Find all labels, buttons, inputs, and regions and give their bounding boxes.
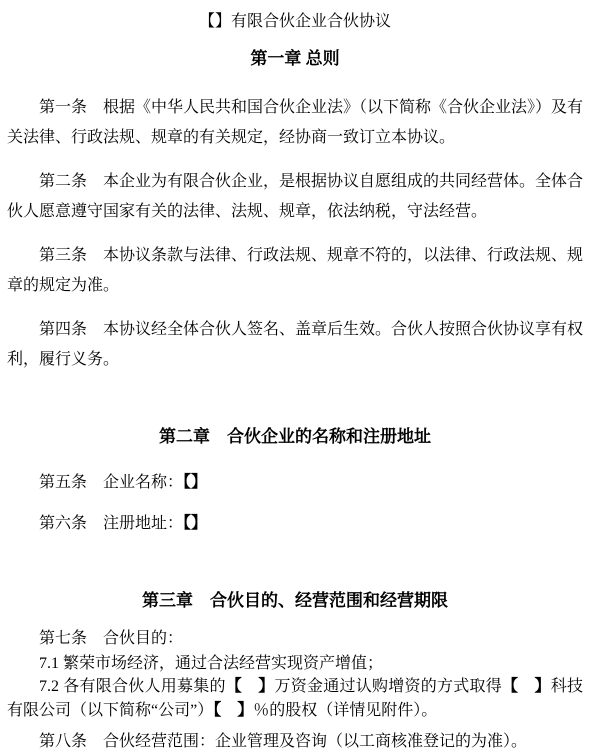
- item-7-2-paragraph: 7.2 各有限合伙人用募集的【 】万资金通过认购增资的方式取得【 】科技有限公司…: [7, 675, 583, 723]
- item-7-2-blank-amount: 【 】: [226, 678, 275, 695]
- article-6-label: 第六条 注册地址：: [39, 515, 183, 532]
- article-4-paragraph: 第四条 本协议经全体合伙人签名、盖章后生效。合伙人按照合伙协议享有权利，履行义务…: [7, 315, 583, 375]
- article-6-blank-placeholder: 【】: [183, 515, 207, 532]
- article-6-paragraph: 第六条 注册地址：【】: [7, 509, 583, 539]
- article-5-label: 第五条 企业名称：: [39, 474, 183, 491]
- document-page: 【】有限合伙企业合伙协议 第一章 总则 第一条 根据《中华人民共和国合伙企业法》…: [0, 0, 589, 755]
- chapter-1-heading: 第一章 总则: [7, 47, 583, 71]
- item-7-2-text-1: 7.2 各有限合伙人用募集的: [39, 678, 226, 695]
- article-1-paragraph: 第一条 根据《中华人民共和国合伙企业法》（以下简称《合伙企业法》）及有关法律、行…: [7, 93, 583, 153]
- item-7-2-text-4: ％的股权（详情见附件）。: [253, 702, 437, 719]
- article-2-paragraph: 第二条 本企业为有限合伙企业，是根据协议自愿组成的共同经营体。全体合伙人愿意遵守…: [7, 167, 583, 227]
- item-7-2-blank-percent: 【 】: [213, 702, 253, 719]
- article-5-blank-placeholder: 【】: [183, 474, 207, 491]
- chapter-2-heading: 第二章 合伙企业的名称和注册地址: [7, 425, 583, 449]
- document-title: 【】有限合伙企业合伙协议: [7, 12, 583, 32]
- item-7-2-blank-company: 【 】: [502, 678, 551, 695]
- article-7-intro-paragraph: 第七条 合伙目的：: [7, 625, 583, 652]
- chapter-3-heading: 第三章 合伙目的、经营范围和经营期限: [7, 589, 583, 613]
- article-3-paragraph: 第三条 本协议条款与法律、行政法规、规章不符的，以法律、行政法规、规章的规定为准…: [7, 241, 583, 301]
- item-7-2-text-2: 万资金通过认购增资的方式取得: [274, 678, 501, 695]
- item-7-1-paragraph: 7.1 繁荣市场经济，通过合法经营实现资产增值；: [7, 652, 583, 675]
- article-8-paragraph: 第八条 合伙经营范围：企业管理及咨询（以工商核准登记的为准）。: [7, 730, 583, 754]
- article-5-paragraph: 第五条 企业名称：【】: [7, 468, 583, 498]
